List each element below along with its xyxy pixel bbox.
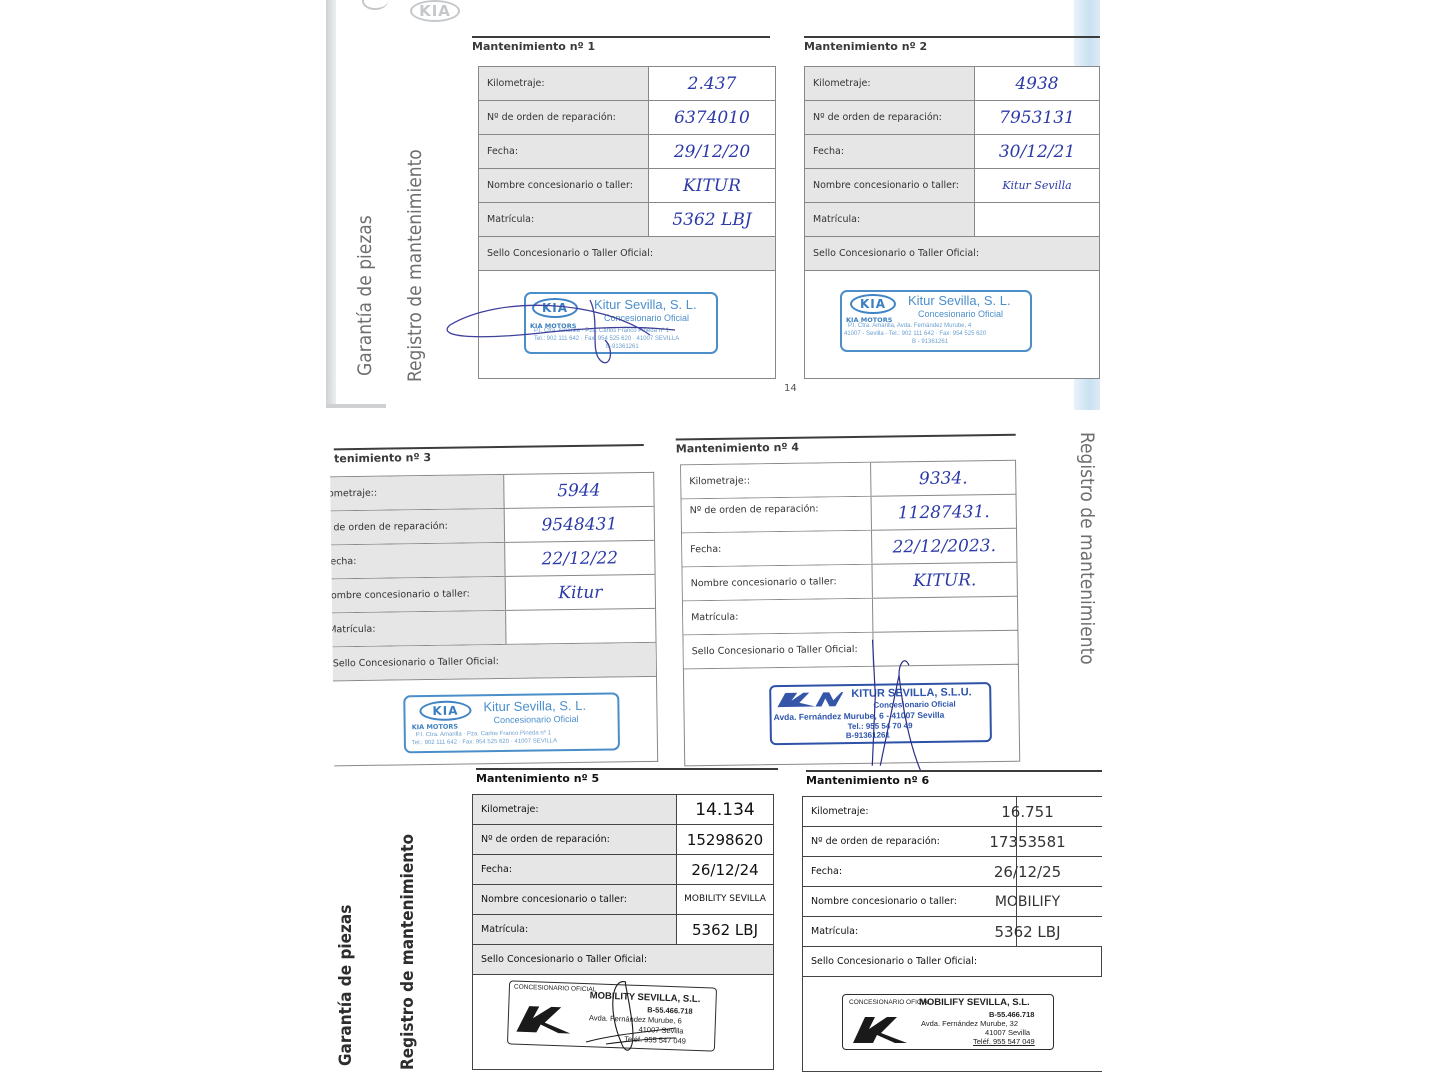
side-label-registro: Registro de mantenimiento [398,834,418,1070]
row-matricula: Matrícula: [805,203,1099,237]
stamp-cif: B-91361261 [846,730,890,740]
label-text: Fecha: [331,556,356,567]
value-matricula: 5362 LBJ [953,917,1102,946]
stamp-label: CONCESIONARIO OFICIAL [514,984,597,994]
crop-mask [294,452,334,483]
value-kilometraje: 2.437 [649,67,775,100]
value-fecha: 26/12/25 [953,857,1102,886]
kia-new-logo-icon [851,1015,913,1045]
stamp-name: Kitur Sevilla, S. L. [908,293,1011,308]
dealer-stamp: KIA KIA MOTORS Kitur Sevilla, S. L. Conc… [524,292,718,354]
label-fecha: Fecha: [473,855,677,884]
label-orden: Nº de orden de reparación: [682,497,872,533]
row-sello: Sello Concesionario o Taller Oficial: [333,643,656,682]
value-orden: 15298620 [677,825,773,854]
maintenance-card-2: Mantenimiento nº 2 Kilometraje: 4938 Nº … [804,40,1104,380]
stamp-address: P.I. Ctra. Amarilla · Pza. Carlos Franco… [534,328,669,334]
row-nombre: Nombre concesionario o taller: Kitur Sev… [805,169,1099,203]
label-orden: Nº de orden de reparación: [479,101,649,134]
row-orden: Nº de orden de reparación: 6374010 [479,101,775,135]
page-edge [326,0,336,408]
dealer-stamp: KITUR SEVILLA, S.L.U. Concesionario Ofic… [769,682,992,745]
value-nombre: MOBILIFY [953,887,1102,916]
value-orden: 17353581 [953,827,1102,856]
card-title: Mantenimiento nº 2 [804,40,927,53]
value-matricula: 5362 LBJ [649,203,775,236]
value-orden: 9548431 [505,507,654,542]
stamp-name: Kitur Sevilla, S. L. [483,698,586,714]
value-fecha: 26/12/24 [677,855,773,884]
stamp-subtitle: Concesionario Oficial [494,714,579,725]
label-fecha: Fecha: [331,543,505,578]
title-rule [334,444,644,450]
maintenance-card-6: Mantenimiento nº 6 Kilometraje: 16.751 N… [806,774,1106,1074]
kia-logo-icon: KIA [410,0,460,22]
label-matricula: Matrícula: [473,915,677,944]
stamp-brand: KIA MOTORS [412,723,458,732]
row-sello: Sello Concesionario o Taller Oficial: [803,947,1102,977]
label-text: Nº de orden de reparación: [331,521,448,534]
label-nombre: Nombre concesionario o taller: [805,169,975,202]
row-nombre: Nombre concesionario o taller: MOBILIFY [803,887,1102,917]
label-fecha: Fecha: [479,135,649,168]
stamp-address: Avda. Fernández Murube, 6 [589,1013,682,1025]
stamp-cif: B - 91361261 [912,339,948,345]
value-fecha: 22/12/22 [505,541,654,576]
maintenance-card-5: Mantenimiento nº 5 Kilometraje: 14.134 N… [476,772,786,1072]
side-label-registro: Registro de mantenimiento [404,149,426,382]
label-fecha: Fecha: [805,135,975,168]
label-orden: Nº de orden de reparación: [331,509,505,544]
title-rule [472,36,770,38]
stamp-tel: Tel.: 955 54 70 49 [848,721,913,731]
row-sello: Sello Concesionario o Taller Oficial: [473,945,773,975]
stamp-subtitle: Concesionario Oficial [604,313,689,323]
stamp-name: MOBILITY SEVILLA, S.L. [590,990,701,1005]
row-orden: Nº de orden de reparación: 9548431 [331,507,654,546]
label-fecha: Fecha: [682,531,872,567]
label-text: Kilometraje:: [330,488,377,500]
value-kilometraje: 16.751 [953,797,1102,826]
label-nombre: Nombre concesionario o taller: [479,169,649,202]
stamp-tel: Teléf. 955 547 049 [624,1034,686,1045]
title-rule [804,36,1100,38]
side-label-registro: Registro de mantenimiento [1076,432,1098,665]
row-sello: Sello Concesionario o Taller Oficial: [683,631,1017,670]
label-matricula: Matrícula: [805,203,975,236]
value-matricula: 5362 LBJ [677,915,773,944]
kia-logo-partial-icon [362,0,388,10]
dealer-stamp: CONCESIONARIO OFICIAL MOBILITY SEVILLA, … [507,980,717,1051]
label-kilometraje: Kilometraje: [479,67,649,100]
row-orden: Nº de orden de reparación: 11287431. [682,495,1016,534]
value-matricula [873,597,1017,632]
label-sello: Sello Concesionario o Taller Oficial: [805,237,1099,270]
label-kilometraje: Kilometraje:: [330,475,504,510]
stamp-tel: Teléf. 955 547 049 [973,1037,1035,1046]
label-matricula: Matrícula: [683,599,873,635]
row-matricula: Matrícula: 5362 LBJ [479,203,775,237]
card-title: Mantenimiento nº 5 [476,772,599,785]
value-kilometraje: 5944 [504,473,653,508]
value-nombre: MOBILITY SEVILLA [677,885,773,914]
row-matricula: Matrícula: [332,609,655,648]
dealer-stamp: KIA KIA MOTORS Kitur Sevilla, S. L. Conc… [840,290,1032,352]
row-kilometraje: Kilometraje: 14.134 [473,795,773,825]
kia-logo-icon: KIA [850,294,896,314]
side-label-garantia: Garantía de piezas [354,215,376,376]
row-nombre: Nombre concesionario o taller: Kitur [332,575,655,614]
stamp-address: Avda. Fernández Murube, 6 - 41007 Sevill… [774,710,945,722]
row-matricula: Matrícula: 5362 LBJ [473,915,773,945]
stamp-address: Tel.: 902 111 642 · Fax: 954 525 620 · 4… [534,336,679,342]
value-orden: 11287431. [872,495,1016,530]
row-fecha: Fecha: 30/12/21 [805,135,1099,169]
stamp-subtitle: Concesionario Oficial [873,700,955,710]
row-fecha: Fecha: 22/12/2023. [682,529,1016,568]
value-matricula [975,203,1099,236]
title-rule [676,434,1016,441]
value-kilometraje: 14.134 [677,795,773,824]
row-orden: Nº de orden de reparación: 17353581 [803,827,1102,857]
stamp-address: P.I. Ctra. Amarilla, Avda. Fernández Mur… [848,323,971,329]
value-fecha: 22/12/2023. [872,529,1016,564]
label-orden: Nº de orden de reparación: [473,825,677,854]
row-matricula: Matrícula: 5362 LBJ [803,917,1102,947]
row-fecha: Fecha: 29/12/20 [479,135,775,169]
label-matricula: Matrícula: [479,203,649,236]
value-orden: 6374010 [649,101,775,134]
row-kilometraje: Kilometraje: 16.751 [803,797,1102,827]
stamp-subtitle: Concesionario Oficial [918,309,1003,319]
row-nombre: Nombre concesionario o taller: KITUR. [682,563,1016,602]
row-matricula: Matrícula: [683,597,1017,636]
label-nombre: Nombre concesionario o taller: [682,565,872,601]
stamp-city: 41007 Sevilla [638,1025,683,1036]
label-sello: Sello Concesionario o Taller Oficial: [479,237,775,270]
label-nombre: Nombre concesionario o taller: [473,885,677,914]
row-fecha: Fecha: 26/12/25 [803,857,1102,887]
stamp-cif: B-55.466.718 [989,1010,1034,1019]
stamp-cif: B-55.466.718 [647,1005,693,1016]
title-rule [476,768,778,770]
row-sello: Sello Concesionario o Taller Oficial: [805,237,1099,271]
label-matricula: Matrícula: [332,611,506,646]
page-number: 14 [784,383,797,394]
stamp-name: MOBILIFY SEVILLA, S.L. [919,997,1030,1008]
row-kilometraje: Kilometraje:: 5944 [330,473,653,512]
row-kilometraje: Kilometraje: 4938 [805,67,1099,101]
value-nombre: KITUR. [872,563,1016,598]
kia-new-logo-icon [514,1004,577,1036]
label-sello: Sello Concesionario o Taller Oficial: [803,947,1101,976]
label-sello: Sello Concesionario o Taller Oficial: [473,945,773,974]
value-orden: 7953131 [975,101,1099,134]
stamp-city: 41007 Sevilla [985,1028,1030,1037]
page-edge [326,404,386,408]
row-orden: Nº de orden de reparación: 15298620 [473,825,773,855]
side-label-garantia: Garantía de piezas [336,905,356,1066]
value-fecha: 29/12/20 [649,135,775,168]
kia-new-logo-icon [775,690,845,709]
maintenance-card-3: Mantenimiento nº 3 Kilometraje:: 5944 Nº… [334,448,668,765]
maintenance-card-1: Mantenimiento nº 1 Kilometraje: 2.437 Nº… [472,40,772,380]
stamp-address: 41007 - Sevilla - Tel.: 902 111 642 · Fa… [844,331,986,337]
maintenance-card-4: Mantenimiento nº 4 Kilometraje:: 9334. N… [676,438,1031,768]
label-sello: Sello Concesionario o Taller Oficial: [333,643,656,681]
dealer-stamp: KIA KIA MOTORS Kitur Sevilla, S. L. Conc… [403,692,620,753]
label-kilometraje: Kilometraje: [805,67,975,100]
label-nombre: Nombre concesionario o taller: [332,577,506,612]
stamp-address: P.I. Ctra. Amarilla · Pza. Carlos Franco… [416,730,551,738]
row-kilometraje: Kilometraje: 2.437 [479,67,775,101]
kia-logo-icon: KIA [532,298,578,318]
label-orden: Nº de orden de reparación: [805,101,975,134]
card-title: Mantenimiento nº 4 [676,441,799,456]
value-nombre: KITUR [649,169,775,202]
title-rule [806,770,1102,772]
stamp-name: KITUR SEVILLA, S.L.U. [851,686,972,700]
row-nombre: Nombre concesionario o taller: MOBILITY … [473,885,773,915]
row-sello: Sello Concesionario o Taller Oficial: [479,237,775,271]
stamp-address: Avda. Fernández Murube, 32 [921,1019,1018,1028]
card-title: Mantenimiento nº 1 [472,40,595,53]
row-kilometraje: Kilometraje:: 9334. [681,461,1015,500]
row-nombre: Nombre concesionario o taller: KITUR [479,169,775,203]
label-kilometraje: Kilometraje: [473,795,677,824]
stamp-address: Tel.: 902 111 642 · Fax: 954 525 620 · 4… [412,738,557,746]
value-nombre: Kitur [506,575,655,610]
label-text: Matrícula: [332,624,376,636]
dealer-stamp: CONCESIONARIO OFICIAL MOBILIFY SEVILLA, … [842,994,1054,1050]
label-kilometraje: Kilometraje:: [681,463,871,499]
kia-logo-icon: KIA [419,700,471,721]
row-fecha: Fecha: 26/12/24 [473,855,773,885]
value-kilometraje: 4938 [975,67,1099,100]
row-fecha: Fecha: 22/12/22 [331,541,654,580]
value-kilometraje: 9334. [871,461,1015,496]
label-text: Nombre concesionario o taller: [332,588,470,601]
stamp-cif: B-91361261 [606,344,639,350]
row-orden: Nº de orden de reparación: 7953131 [805,101,1099,135]
card-title: Mantenimiento nº 6 [806,774,929,787]
value-nombre: Kitur Sevilla [975,169,1099,202]
label-sello: Sello Concesionario o Taller Oficial: [683,633,873,669]
value-fecha: 30/12/21 [975,135,1099,168]
value-matricula [506,609,655,644]
stamp-name: Kitur Sevilla, S. L. [594,297,697,312]
